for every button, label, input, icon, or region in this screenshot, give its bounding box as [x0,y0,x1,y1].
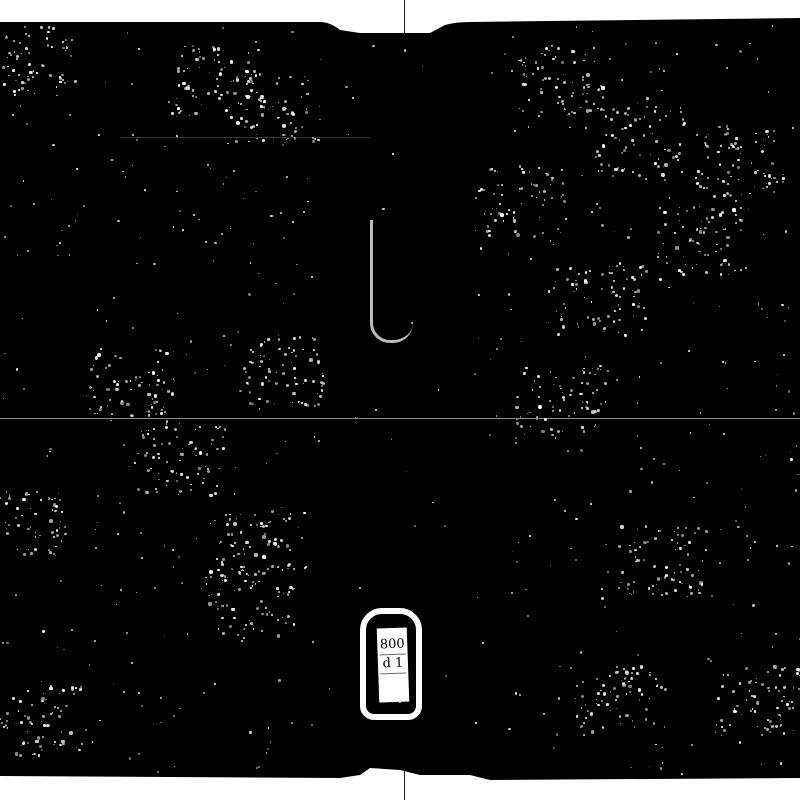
spine-label: 800 d 1 [360,608,422,720]
bottom-center-line [404,770,405,800]
spine-label-line1: 800 [379,636,406,656]
top-center-line [404,0,405,34]
horizontal-fold-line [0,418,800,419]
spine-label-paper: 800 d 1 [377,627,410,702]
spine-label-line2: d 1 [380,655,407,675]
crease-line [120,137,370,138]
spine-tooling-mark [370,220,413,343]
